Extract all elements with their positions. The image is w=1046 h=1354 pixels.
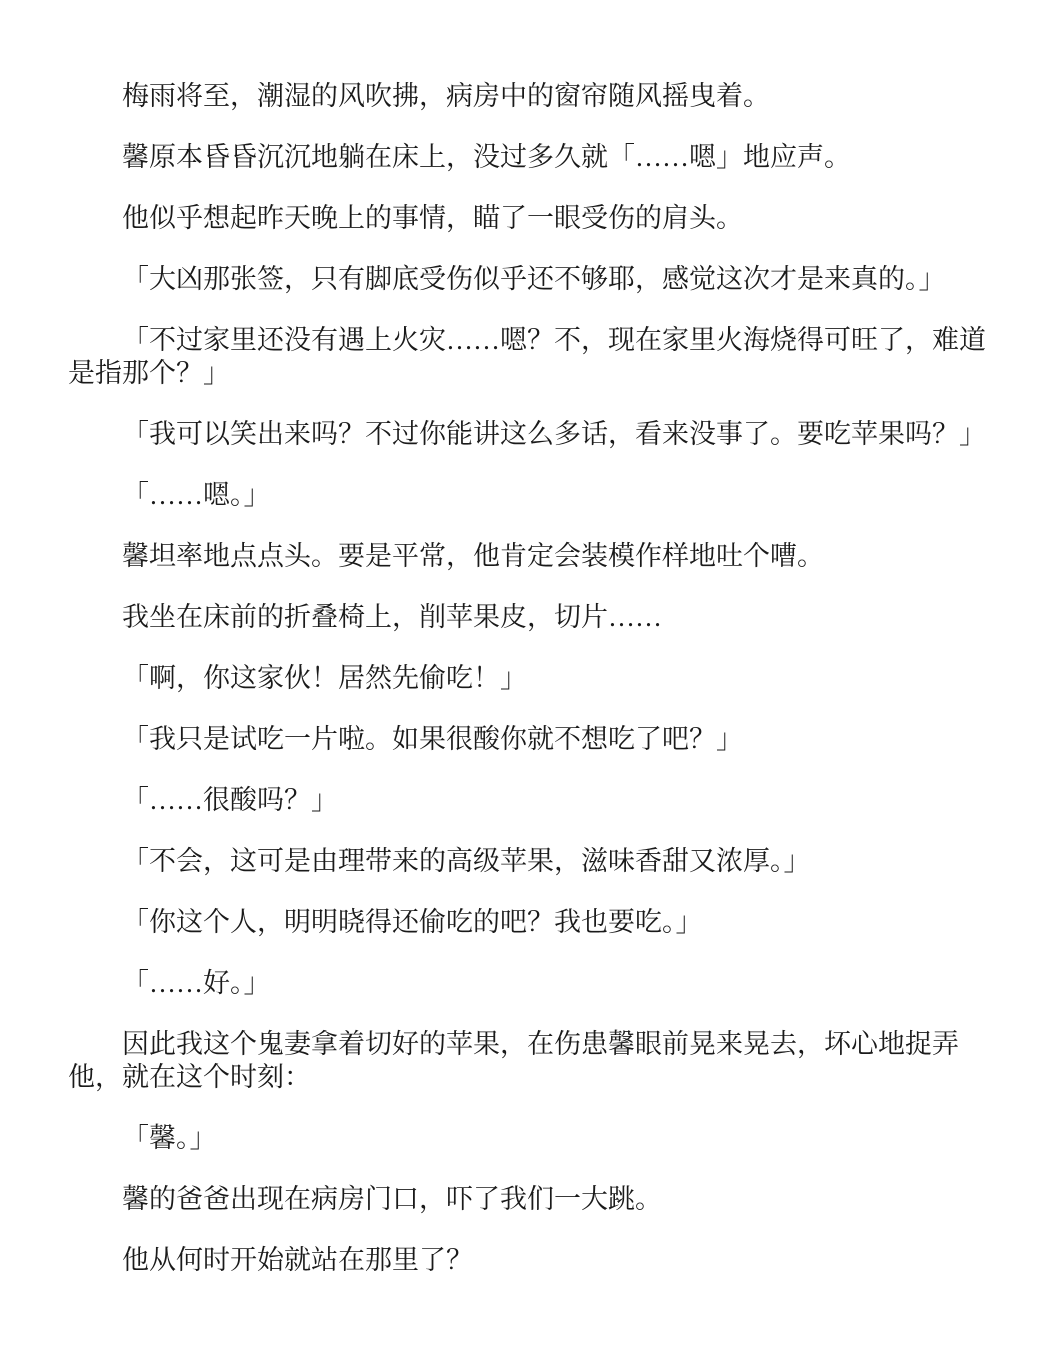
paragraph-10: 「啊，你这家伙！居然先偷吃！」 [68, 662, 986, 695]
paragraph-8: 馨坦率地点点头。要是平常，他肯定会装模作样地吐个嘈。 [68, 540, 986, 573]
paragraph-5: 「不过家里还没有遇上火灾……嗯？不，现在家里火海烧得可旺了，难道是指那个？」 [68, 324, 986, 390]
paragraph-16: 因此我这个鬼妻拿着切好的苹果，在伤患馨眼前晃来晃去，坏心地捉弄他，就在这个时刻： [68, 1028, 986, 1094]
paragraph-13: 「不会，这可是由理带来的高级苹果，滋味香甜又浓厚。」 [68, 845, 986, 878]
paragraph-9: 我坐在床前的折叠椅上，削苹果皮，切片…… [68, 601, 986, 634]
paragraph-15: 「……好。」 [68, 967, 986, 1000]
paragraph-14: 「你这个人，明明晓得还偷吃的吧？我也要吃。」 [68, 906, 986, 939]
document-page: 梅雨将至，潮湿的风吹拂，病房中的窗帘随风摇曳着。 馨原本昏昏沉沉地躺在床上，没过… [0, 0, 1046, 1354]
paragraph-6: 「我可以笑出来吗？不过你能讲这么多话，看来没事了。要吃苹果吗？」 [68, 418, 986, 451]
paragraph-18: 馨的爸爸出现在病房门口，吓了我们一大跳。 [68, 1183, 986, 1216]
paragraph-17: 「馨。」 [68, 1122, 986, 1155]
paragraph-7: 「……嗯。」 [68, 479, 986, 512]
paragraph-1: 梅雨将至，潮湿的风吹拂，病房中的窗帘随风摇曳着。 [68, 80, 986, 113]
paragraph-12: 「……很酸吗？」 [68, 784, 986, 817]
paragraph-2: 馨原本昏昏沉沉地躺在床上，没过多久就「……嗯」地应声。 [68, 141, 986, 174]
paragraph-4: 「大凶那张签，只有脚底受伤似乎还不够耶，感觉这次才是来真的。」 [68, 263, 986, 296]
paragraph-11: 「我只是试吃一片啦。如果很酸你就不想吃了吧？」 [68, 723, 986, 756]
paragraph-19: 他从何时开始就站在那里了？ [68, 1244, 986, 1277]
paragraph-3: 他似乎想起昨天晚上的事情，瞄了一眼受伤的肩头。 [68, 202, 986, 235]
